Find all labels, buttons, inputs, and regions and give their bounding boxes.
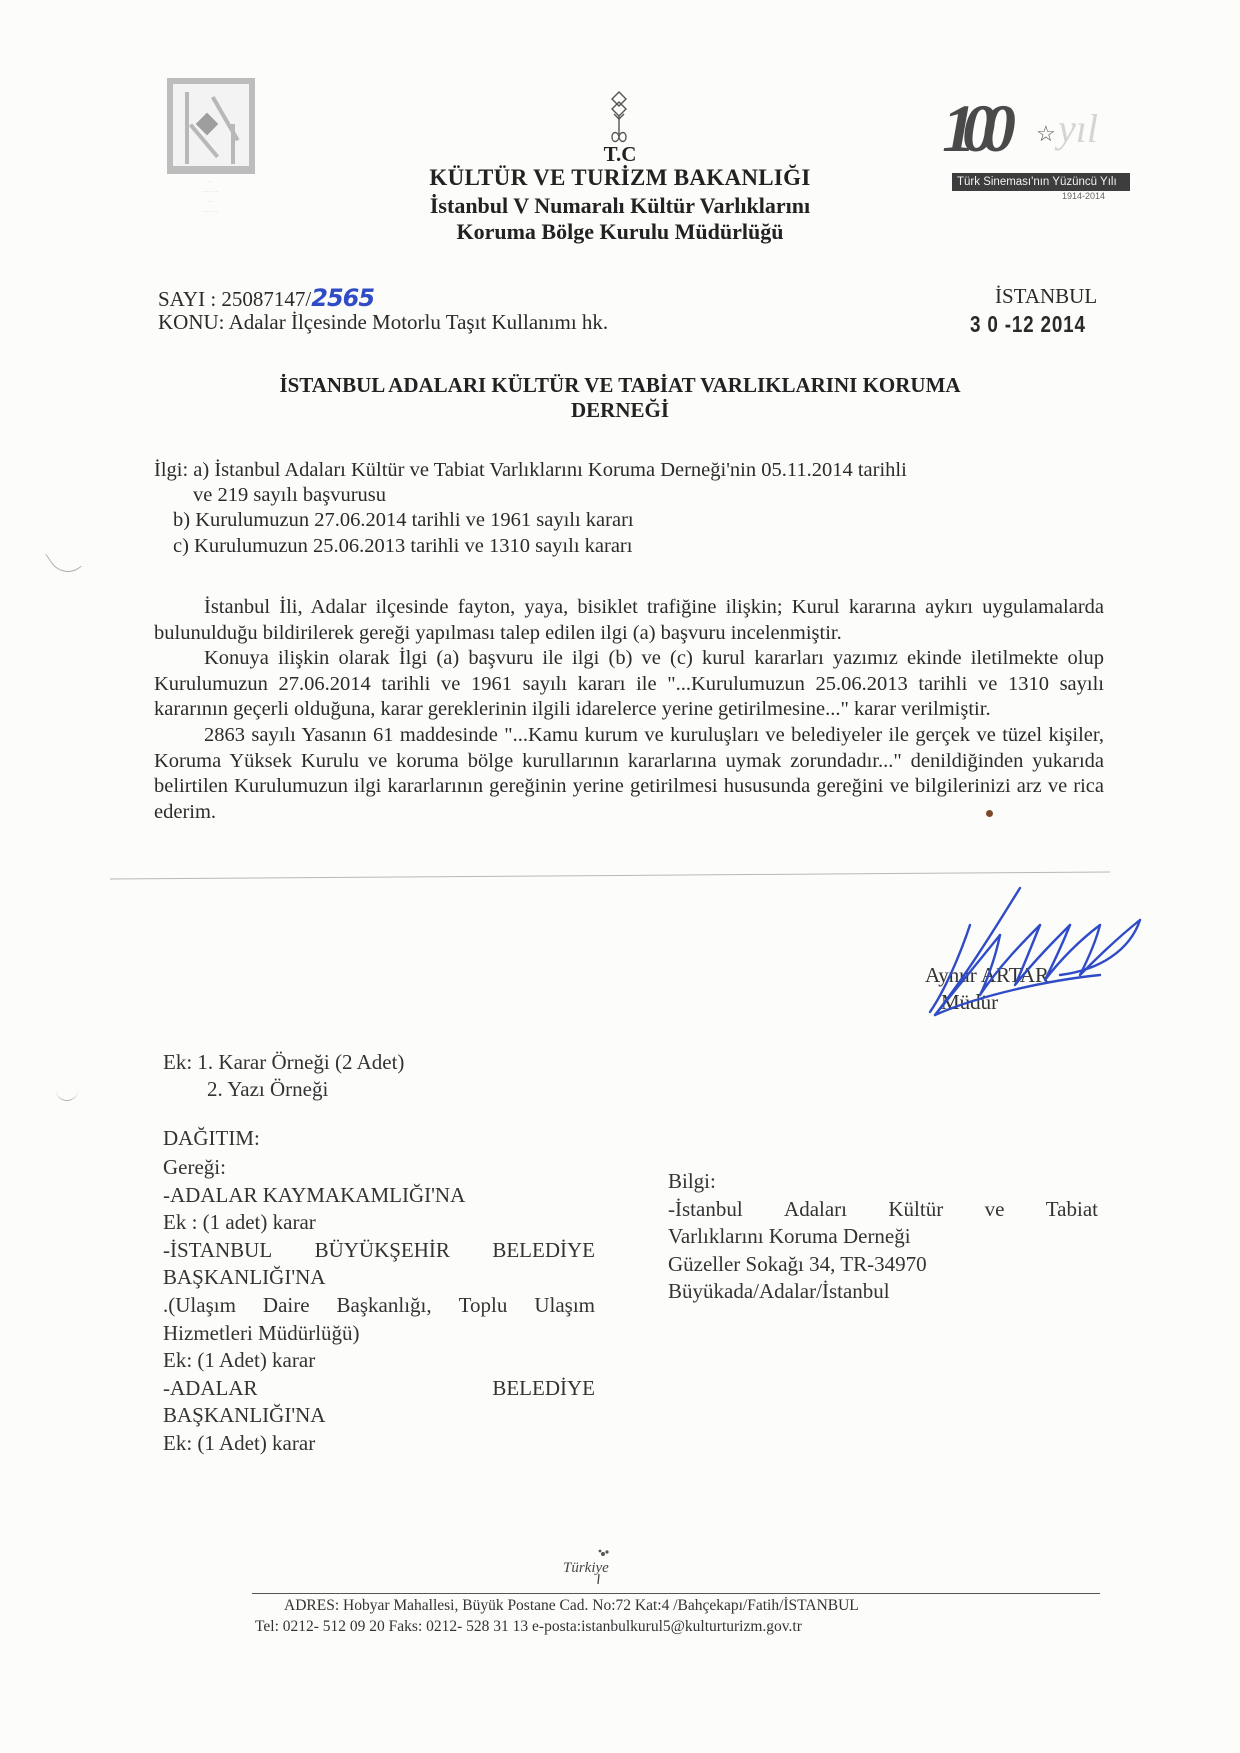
info-line: Varlıklarını Koruma Derneği xyxy=(668,1223,1098,1251)
recipient-line: -İSTANBUL BÜYÜKŞEHİR BELEDİYE xyxy=(163,1237,595,1265)
distribution-heading: DAĞITIM: xyxy=(163,1126,260,1151)
centenary-years: 1914-2014 xyxy=(1062,191,1105,201)
word: Kültür xyxy=(888,1196,943,1224)
knot-emblem-icon xyxy=(604,90,634,150)
word: Ulaşım xyxy=(534,1292,595,1320)
footer-contact: Tel: 0212- 512 09 20 Faks: 0212- 528 31 … xyxy=(255,1618,802,1636)
recipient-line: Ek : (1 adet) karar xyxy=(163,1209,595,1237)
ink-spot xyxy=(986,810,993,817)
word: -İstanbul xyxy=(668,1196,743,1224)
recipient-line: -ADALAR BELEDİYE xyxy=(163,1375,595,1403)
info-line: Güzeller Sokağı 34, TR-34970 xyxy=(668,1251,1098,1279)
reference-c: c) Kurulumuzun 25.06.2013 tarihli ve 131… xyxy=(173,535,632,558)
word: -ADALAR xyxy=(163,1375,258,1403)
word: .(Ulaşım xyxy=(163,1292,236,1320)
addressee-line1: İSTANBUL ADALARI KÜLTÜR VE TABİAT VARLIK… xyxy=(0,373,1240,398)
reference-a: İlgi: a) İstanbul Adaları Kültür ve Tabi… xyxy=(154,459,907,482)
city-label: İSTANBUL xyxy=(995,284,1097,309)
info-line: -İstanbul Adaları Kültür ve Tabiat xyxy=(668,1196,1098,1224)
distribution-info-list: Bilgi: -İstanbul Adaları Kültür ve Tabia… xyxy=(668,1168,1098,1306)
word: Toplu xyxy=(459,1292,508,1320)
recipient-line: Hizmetleri Müdürlüğü) xyxy=(163,1320,595,1348)
recipient-line: .(Ulaşım Daire Başkanlığı, Toplu Ulaşım xyxy=(163,1292,595,1320)
department-title-line1: İstanbul V Numaralı Kültür Varlıklarını xyxy=(0,193,1240,219)
centenary-suffix: yıl xyxy=(1058,105,1098,152)
reference-b: b) Kurulumuzun 27.06.2014 tarihli ve 196… xyxy=(173,509,634,532)
scan-line-artifact xyxy=(110,872,1110,880)
word: Başkanlığı, xyxy=(337,1292,432,1320)
date-stamp: 3 0 -12 2014 xyxy=(970,311,1086,338)
body-paragraph: İstanbul İli, Adalar ilçesinde fayton, y… xyxy=(154,595,1104,646)
subject-line: KONU: Adalar İlçesinde Motorlu Taşıt Kul… xyxy=(158,310,608,335)
reference-number: SAYI : 25087147/2565 xyxy=(158,284,374,312)
cinema-centenary-logo: 100 ☆ yıl Türk Sineması'nın Yüzüncü Yılı… xyxy=(930,95,1130,195)
recipient-line: Ek: (1 Adet) karar xyxy=(163,1347,595,1375)
body-paragraph: 2863 sayılı Yasanın 61 maddesinde "...Ka… xyxy=(154,723,1104,825)
addressee-line2: DERNEĞİ xyxy=(0,398,1240,423)
word: -İSTANBUL xyxy=(163,1237,272,1265)
word: Adaları xyxy=(784,1196,847,1224)
recipient-line: Ek: (1 Adet) karar xyxy=(163,1430,595,1458)
letter-body: İstanbul İli, Adalar ilçesinde fayton, y… xyxy=(154,595,1104,825)
centenary-band: Türk Sineması'nın Yüzüncü Yılı xyxy=(952,173,1130,191)
word: ve xyxy=(985,1196,1005,1224)
attachment-line2: 2. Yazı Örneği xyxy=(207,1077,328,1102)
turkiye-logo: Türkiye xyxy=(555,1548,635,1588)
distribution-action-list: Gereği: -ADALAR KAYMAKAMLIĞI'NA Ek : (1 … xyxy=(163,1154,595,1458)
reference-label: SAYI : 25087147/ xyxy=(158,287,311,311)
word: BÜYÜKŞEHİR xyxy=(315,1237,450,1265)
punch-hole-mark xyxy=(56,1080,78,1101)
svg-text:Türkiye: Türkiye xyxy=(563,1560,609,1576)
info-line: Büyükada/Adalar/İstanbul xyxy=(668,1278,1098,1306)
info-heading: Bilgi: xyxy=(668,1168,1098,1196)
word: BELEDİYE xyxy=(492,1375,595,1403)
department-title-line2: Koruma Bölge Kurulu Müdürlüğü xyxy=(0,219,1240,245)
body-paragraph: Konuya ilişkin olarak İlgi (a) başvuru i… xyxy=(154,646,1104,723)
word: Daire xyxy=(263,1292,310,1320)
attachment-line1: Ek: 1. Karar Örneği (2 Adet) xyxy=(163,1050,404,1075)
punch-hole-mark xyxy=(45,541,82,580)
star-icon: ☆ xyxy=(1036,121,1056,147)
recipient-line: BAŞKANLIĞI'NA xyxy=(163,1402,595,1430)
handwritten-number: 2565 xyxy=(311,284,374,312)
recipient-line: BAŞKANLIĞI'NA xyxy=(163,1264,595,1292)
handwritten-signature xyxy=(900,880,1160,1030)
word: BELEDİYE xyxy=(492,1237,595,1265)
centenary-number: 100 xyxy=(942,89,1002,168)
word: Tabiat xyxy=(1046,1196,1098,1224)
action-heading: Gereği: xyxy=(163,1154,595,1182)
recipient-line: -ADALAR KAYMAKAMLIĞI'NA xyxy=(163,1182,595,1210)
reference-a-continued: ve 219 sayılı başvurusu xyxy=(193,484,386,507)
footer-divider xyxy=(252,1593,1100,1594)
footer-address: ADRES: Hobyar Mahallesi, Büyük Postane C… xyxy=(284,1597,859,1615)
